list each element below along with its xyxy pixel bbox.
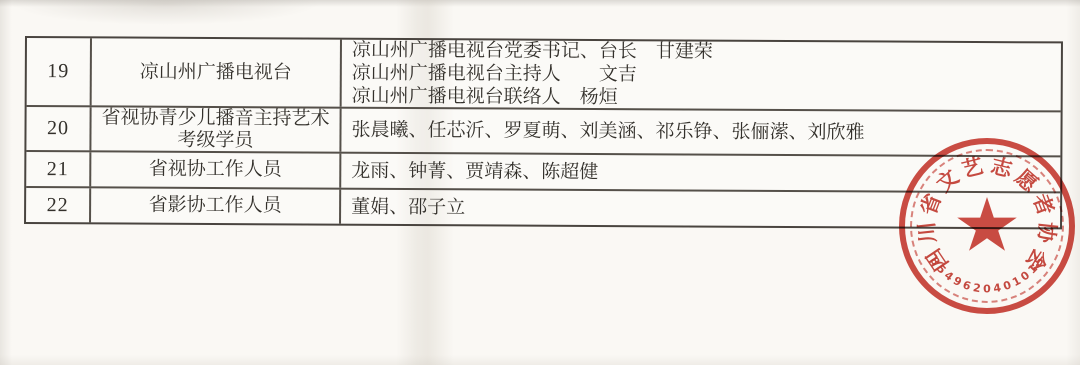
personnel-cell: 凉山州广播电视台党委书记、台长 甘建荣 凉山州广播电视台主持人 文吉 凉山州广播…	[342, 40, 1061, 111]
personnel-line: 凉山州广播电视台联络人 杨烜	[352, 85, 1053, 112]
paper-edge-shadow	[0, 355, 1080, 365]
seal-number-digit: 1	[1010, 274, 1023, 289]
row-number: 20	[26, 107, 91, 150]
seal-number-digit: 5	[1032, 254, 1047, 268]
org-name: 省视协工作人员	[91, 152, 341, 187]
seal-number-digit: 8	[927, 254, 942, 268]
personnel-cell: 董娟、邵子立	[341, 190, 1060, 228]
seal-number-digit: 0	[1001, 278, 1012, 293]
roster-table: 19 凉山州广播电视台 凉山州广播电视台党委书记、台长 甘建荣 凉山州广播电视台…	[24, 36, 1063, 229]
table-row: 19 凉山州广播电视台 凉山州广播电视台党委书记、台长 甘建荣 凉山州广播电视台…	[27, 38, 1061, 110]
row-number: 22	[26, 188, 91, 222]
seal-number-digit: 9	[951, 274, 964, 289]
seal-number-digit: 5	[934, 262, 949, 276]
table-row: 22 省影协工作人员 董娟、邵子立	[26, 186, 1060, 227]
seal-arc-char: 四	[918, 243, 955, 277]
seal-arc-char: 会	[1019, 243, 1056, 277]
seal-number-digit: 0	[983, 283, 991, 296]
scanned-document-page: { "table": { "rows": [ { "no": "19", "or…	[0, 0, 1080, 365]
table-row: 21 省视协工作人员 龙雨、钟菁、贾靖森、陈超健	[26, 150, 1060, 191]
seal-number-digit: 6	[961, 278, 972, 293]
personnel-line: 龙雨、钟菁、贾靖森、陈超健	[351, 159, 1052, 186]
seal-number-digit: 2	[972, 281, 982, 295]
personnel-line: 董娟、邵子立	[351, 195, 1052, 222]
seal-number-digit: 1	[1025, 262, 1040, 276]
org-name: 凉山州广播电视台	[92, 38, 342, 106]
personnel-line: 张晨曦、任芯沂、罗夏萌、刘美涵、祁乐铮、张俪潆、刘欣雅	[351, 119, 1052, 146]
seal-number-digit: 0	[1018, 269, 1032, 284]
table-row: 20 省视协青少儿播音主持艺术考级学员 张晨曦、任芯沂、罗夏萌、刘美涵、祁乐铮、…	[26, 105, 1060, 155]
org-name: 省影协工作人员	[91, 188, 341, 223]
row-number: 19	[27, 38, 92, 105]
seal-number-digit: 4	[942, 269, 956, 284]
personnel-cell: 张晨曦、任芯沂、罗夏萌、刘美涵、祁乐铮、张俪潆、刘欣雅	[341, 109, 1060, 156]
org-name: 省视协青少儿播音主持艺术考级学员	[91, 107, 341, 151]
personnel-cell: 龙雨、钟菁、贾靖森、陈超健	[341, 154, 1060, 192]
row-number: 21	[26, 152, 91, 186]
seal-number-digit: 4	[992, 281, 1002, 295]
